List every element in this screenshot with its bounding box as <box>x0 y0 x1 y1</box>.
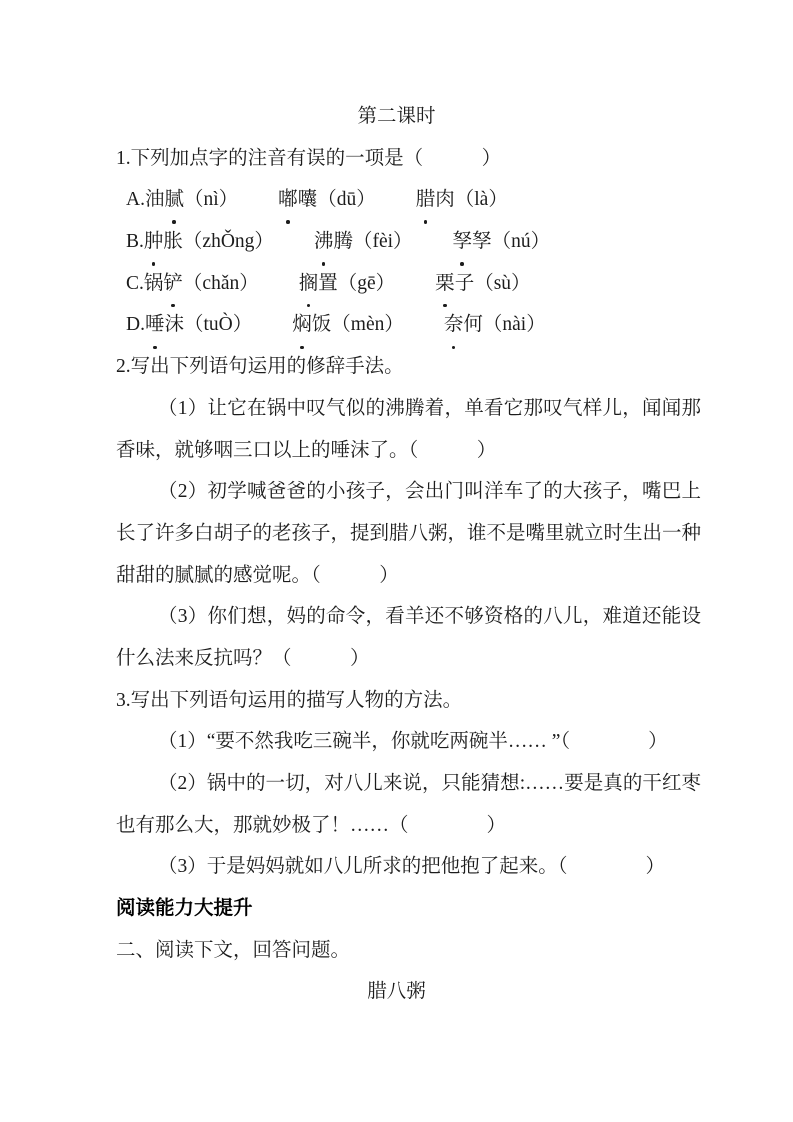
word-group: 栗子（sù） <box>435 273 530 294</box>
word-text: 囔 <box>298 189 318 210</box>
q2-item2-line3: 甜甜的腻腻的感觉呢。（ ） <box>116 555 701 597</box>
dotted-char: 嘟 <box>278 179 298 221</box>
q2-item3-line1: （3）你们想，妈的命令，看羊还不够资格的八儿，难道还能设 <box>116 596 701 638</box>
q1-prompt: 1.下列加点字的注音有误的一项是（ ） <box>116 138 701 180</box>
word-group: 腊肉（là） <box>416 189 508 210</box>
q2-item3-line2: 什么法来反抗吗？（ ） <box>116 638 701 680</box>
dotted-char: 唾 <box>145 304 165 346</box>
word-text: 油 <box>145 189 165 210</box>
q3-item2-line1: （2）锅中的一切，对八儿来说，只能猜想:……要是真的干红枣 <box>116 763 701 805</box>
pinyin: （dū） <box>317 189 376 210</box>
passage-title: 腊八粥 <box>0 971 793 1013</box>
pinyin: （mèn） <box>331 314 404 335</box>
word-text: 锅 <box>144 273 164 294</box>
word-group: 沸腾（fèi） <box>314 231 413 252</box>
section-heading: 阅读能力大提升 <box>116 888 701 930</box>
q2-prompt: 2.写出下列语句运用的修辞手法。 <box>116 346 701 388</box>
word-text: 腾 <box>333 231 353 252</box>
pinyin: （zhǑng） <box>183 231 274 252</box>
pinyin: （nài） <box>483 314 546 335</box>
word-text: 肉 <box>435 189 455 210</box>
word-group: 锅铲（chǎn） <box>144 273 259 294</box>
option-label: A. <box>126 189 145 210</box>
dotted-char: 腻 <box>164 179 184 221</box>
page-title: 第二课时 <box>0 96 793 138</box>
dotted-char: 焖 <box>292 304 312 346</box>
dotted-char: 肿 <box>144 221 164 263</box>
dotted-char: 孥 <box>453 221 473 263</box>
word-text: 子 <box>455 273 475 294</box>
page-content: 第二课时 1.下列加点字的注音有误的一项是（ ） A.油腻（nì）嘟囔（dū）腊… <box>0 0 793 1013</box>
pinyin: （gē） <box>338 273 395 294</box>
q1-option-c: C.锅铲（chǎn）搁置（gē）栗子（sù） <box>116 263 701 305</box>
word-text: 何 <box>463 314 483 335</box>
pinyin: （sù） <box>474 273 530 294</box>
word-group: 油腻（nì） <box>145 189 238 210</box>
pinyin: （nú） <box>492 231 551 252</box>
word-text: 饭 <box>312 314 332 335</box>
option-label: D. <box>126 314 145 335</box>
q2-item2-line1: （2）初学喊爸爸的小孩子，会出门叫洋车了的大孩子，嘴巴上 <box>116 471 701 513</box>
word-group: 肿胀（zhǑng） <box>144 231 274 252</box>
q2-item2-line2: 长了许多白胡子的老孩子，提到腊八粥，谁不是嘴里就立时生出一种 <box>116 513 701 555</box>
word-text: 胀 <box>163 231 183 252</box>
dotted-char: 铲 <box>163 263 183 305</box>
option-label: C. <box>126 273 144 294</box>
q3-item3-line1: （3）于是妈妈就如八儿所求的把他抱了起来。（ ） <box>116 846 701 888</box>
word-group: 焖饭（mèn） <box>292 314 404 335</box>
q1-option-a: A.油腻（nì）嘟囔（dū）腊肉（là） <box>116 179 701 221</box>
word-text: 沫 <box>164 314 184 335</box>
q2-item1-line1: （1）让它在锅中叹气似的沸腾着，单看它那叹气样儿，闻闻那种 <box>116 388 701 430</box>
word-text: 置 <box>318 273 338 294</box>
dotted-char: 腊 <box>416 179 436 221</box>
q3-prompt: 3.写出下列语句运用的描写人物的方法。 <box>116 680 701 722</box>
q2-item1-line2: 香味，就够咽三口以上的唾沫了。（ ） <box>116 430 701 472</box>
dotted-char: 栗 <box>435 263 455 305</box>
word-group: 奈何（nài） <box>444 314 546 335</box>
pinyin: （tuÒ） <box>184 314 252 335</box>
pinyin: （nì） <box>184 189 238 210</box>
word-text: 孥 <box>472 231 492 252</box>
word-group: 唾沫（tuÒ） <box>145 314 252 335</box>
word-group: 嘟囔（dū） <box>278 189 376 210</box>
section2-intro: 二、阅读下文，回答问题。 <box>116 930 701 972</box>
word-group: 孥孥（nú） <box>453 231 551 252</box>
q3-item1-line1: （1）“要不然我吃三碗半，你就吃两碗半…… ”（ ） <box>116 721 701 763</box>
dotted-char: 搁 <box>299 263 319 305</box>
pinyin: （fèi） <box>353 231 413 252</box>
option-label: B. <box>126 231 144 252</box>
dotted-char: 奈 <box>444 304 464 346</box>
worksheet-page: 第二课时 1.下列加点字的注音有误的一项是（ ） A.油腻（nì）嘟囔（dū）腊… <box>0 0 793 1122</box>
q3-item2-line2: 也有那么大，那就妙极了！……（ ） <box>116 805 701 847</box>
pinyin: （là） <box>455 189 508 210</box>
pinyin: （chǎn） <box>183 273 259 294</box>
q1-option-d: D.唾沫（tuÒ）焖饭（mèn）奈何（nài） <box>116 304 701 346</box>
dotted-char: 沸 <box>314 221 334 263</box>
word-group: 搁置（gē） <box>299 273 395 294</box>
q1-option-b: B.肿胀（zhǑng）沸腾（fèi）孥孥（nú） <box>116 221 701 263</box>
